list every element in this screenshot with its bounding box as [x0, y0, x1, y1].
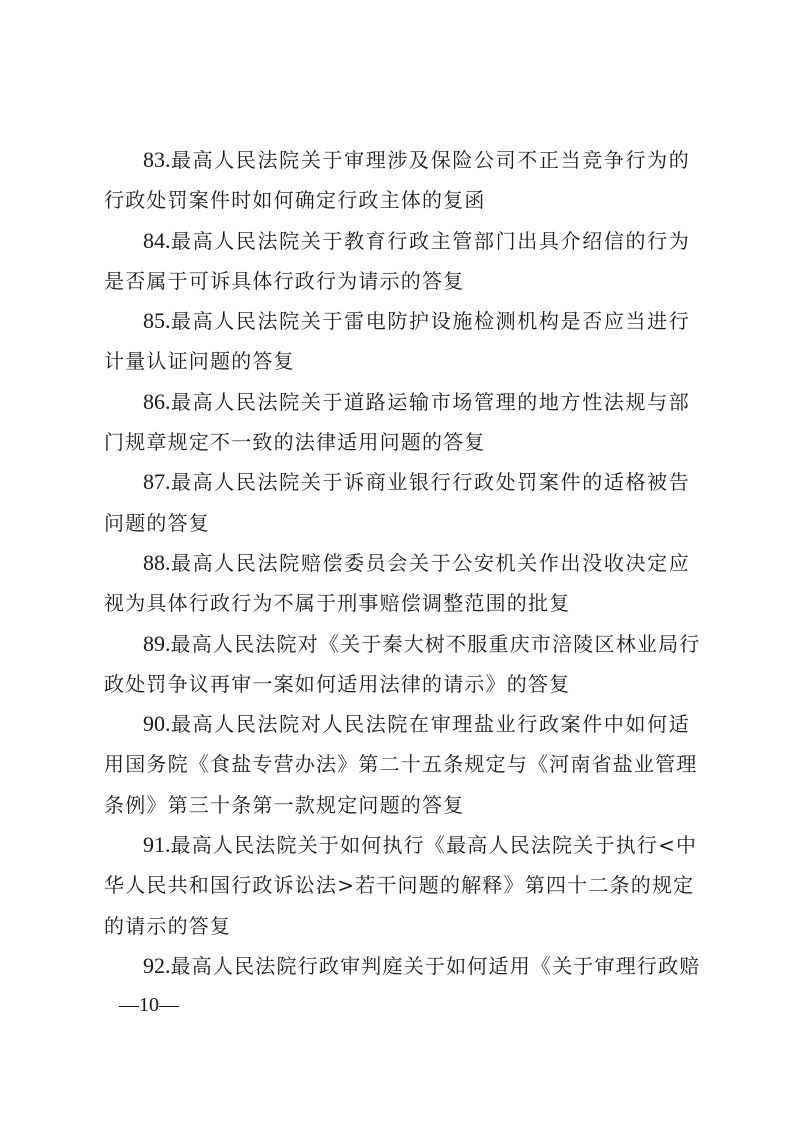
entry-text: 最高人民法院关于如何执行《最高人民法院关于执行<中 [171, 833, 698, 857]
entry-number: 88. [143, 550, 171, 575]
entry-text: 最高人民法院赔偿委员会关于公安机关作出没收决定应 [171, 551, 691, 575]
entry-first-line: 83.最高人民法院关于审理涉及保险公司不正当竞争行为的 [104, 140, 690, 180]
entry-first-line: 87.最高人民法院关于诉商业银行行政处罚案件的适格被告 [104, 462, 690, 502]
entry-first-line: 91.最高人民法院关于如何执行《最高人民法院关于执行<中 [104, 825, 690, 865]
list-item-85: 85.最高人民法院关于雷电防护设施检测机构是否应当进行 计量认证问题的答复 [104, 301, 690, 382]
list-item-88: 88.最高人民法院赔偿委员会关于公安机关作出没收决定应 视为具体行政行为不属于刑… [104, 543, 690, 624]
entry-number: 91. [143, 832, 171, 857]
entry-line: 用国务院《食盐专营办法》第二十五条规定与《河南省盐业管理 [104, 744, 690, 784]
entry-first-line: 90.最高人民法院对人民法院在审理盐业行政案件中如何适 [104, 704, 690, 744]
entry-text: 最高人民法院关于诉商业银行行政处罚案件的适格被告 [171, 470, 691, 494]
entry-first-line: 85.最高人民法院关于雷电防护设施检测机构是否应当进行 [104, 301, 690, 341]
entry-first-line: 88.最高人民法院赔偿委员会关于公安机关作出没收决定应 [104, 543, 690, 583]
entry-first-line: 84.最高人民法院关于教育行政主管部门出具介绍信的行为 [104, 221, 690, 261]
list-item-87: 87.最高人民法院关于诉商业银行行政处罚案件的适格被告 问题的答复 [104, 462, 690, 543]
entry-number: 87. [143, 469, 171, 494]
entry-number: 89. [143, 631, 171, 656]
entry-line: 视为具体行政行为不属于刑事赔偿调整范围的批复 [104, 583, 690, 623]
entry-number: 85. [143, 308, 171, 333]
list-item-84: 84.最高人民法院关于教育行政主管部门出具介绍信的行为 是否属于可诉具体行政行为… [104, 221, 690, 302]
entry-line: 华人民共和国行政诉讼法>若干问题的解释》第四十二条的规定 [104, 865, 690, 905]
entry-line: 是否属于可诉具体行政行为请示的答复 [104, 261, 690, 301]
entry-text: 最高人民法院对《关于秦大树不服重庆市涪陵区林业局行 [171, 632, 701, 656]
entry-text: 最高人民法院行政审判庭关于如何适用《关于审理行政赔 [171, 954, 701, 978]
page-number: —10— [119, 994, 179, 1017]
document-page: 83.最高人民法院关于审理涉及保险公司不正当竞争行为的 行政处罚案件时如何确定行… [104, 140, 690, 986]
entry-number: 84. [143, 228, 171, 253]
entry-first-line: 89.最高人民法院对《关于秦大树不服重庆市涪陵区林业局行 [104, 624, 690, 664]
entry-line: 政处罚争议再审一案如何适用法律的请示》的答复 [104, 664, 690, 704]
entry-text: 最高人民法院关于道路运输市场管理的地方性法规与部 [171, 390, 691, 414]
entry-text: 最高人民法院关于教育行政主管部门出具介绍信的行为 [171, 229, 691, 253]
entry-text: 最高人民法院关于审理涉及保险公司不正当竞争行为的 [171, 148, 691, 172]
entry-first-line: 86.最高人民法院关于道路运输市场管理的地方性法规与部 [104, 382, 690, 422]
entry-line: 门规章规定不一致的法律适用问题的答复 [104, 422, 690, 462]
list-item-89: 89.最高人民法院对《关于秦大树不服重庆市涪陵区林业局行 政处罚争议再审一案如何… [104, 624, 690, 705]
list-item-83: 83.最高人民法院关于审理涉及保险公司不正当竞争行为的 行政处罚案件时如何确定行… [104, 140, 690, 221]
list-item-90: 90.最高人民法院对人民法院在审理盐业行政案件中如何适 用国务院《食盐专营办法》… [104, 704, 690, 825]
entry-line: 条例》第三十条第一款规定问题的答复 [104, 785, 690, 825]
entry-first-line: 92.最高人民法院行政审判庭关于如何适用《关于审理行政赔 [104, 946, 690, 986]
entry-text: 最高人民法院对人民法院在审理盐业行政案件中如何适 [171, 712, 691, 736]
entry-number: 90. [143, 711, 171, 736]
entry-line: 的请示的答复 [104, 906, 690, 946]
list-item-91: 91.最高人民法院关于如何执行《最高人民法院关于执行<中 华人民共和国行政诉讼法… [104, 825, 690, 946]
entry-number: 92. [143, 953, 171, 978]
list-item-86: 86.最高人民法院关于道路运输市场管理的地方性法规与部 门规章规定不一致的法律适… [104, 382, 690, 463]
entry-line: 问题的答复 [104, 503, 690, 543]
entry-text: 最高人民法院关于雷电防护设施检测机构是否应当进行 [171, 309, 691, 333]
entry-number: 83. [143, 147, 171, 172]
entry-line: 计量认证问题的答复 [104, 341, 690, 381]
entry-line: 行政处罚案件时如何确定行政主体的复函 [104, 180, 690, 220]
entry-number: 86. [143, 389, 171, 414]
list-item-92: 92.最高人民法院行政审判庭关于如何适用《关于审理行政赔 [104, 946, 690, 986]
